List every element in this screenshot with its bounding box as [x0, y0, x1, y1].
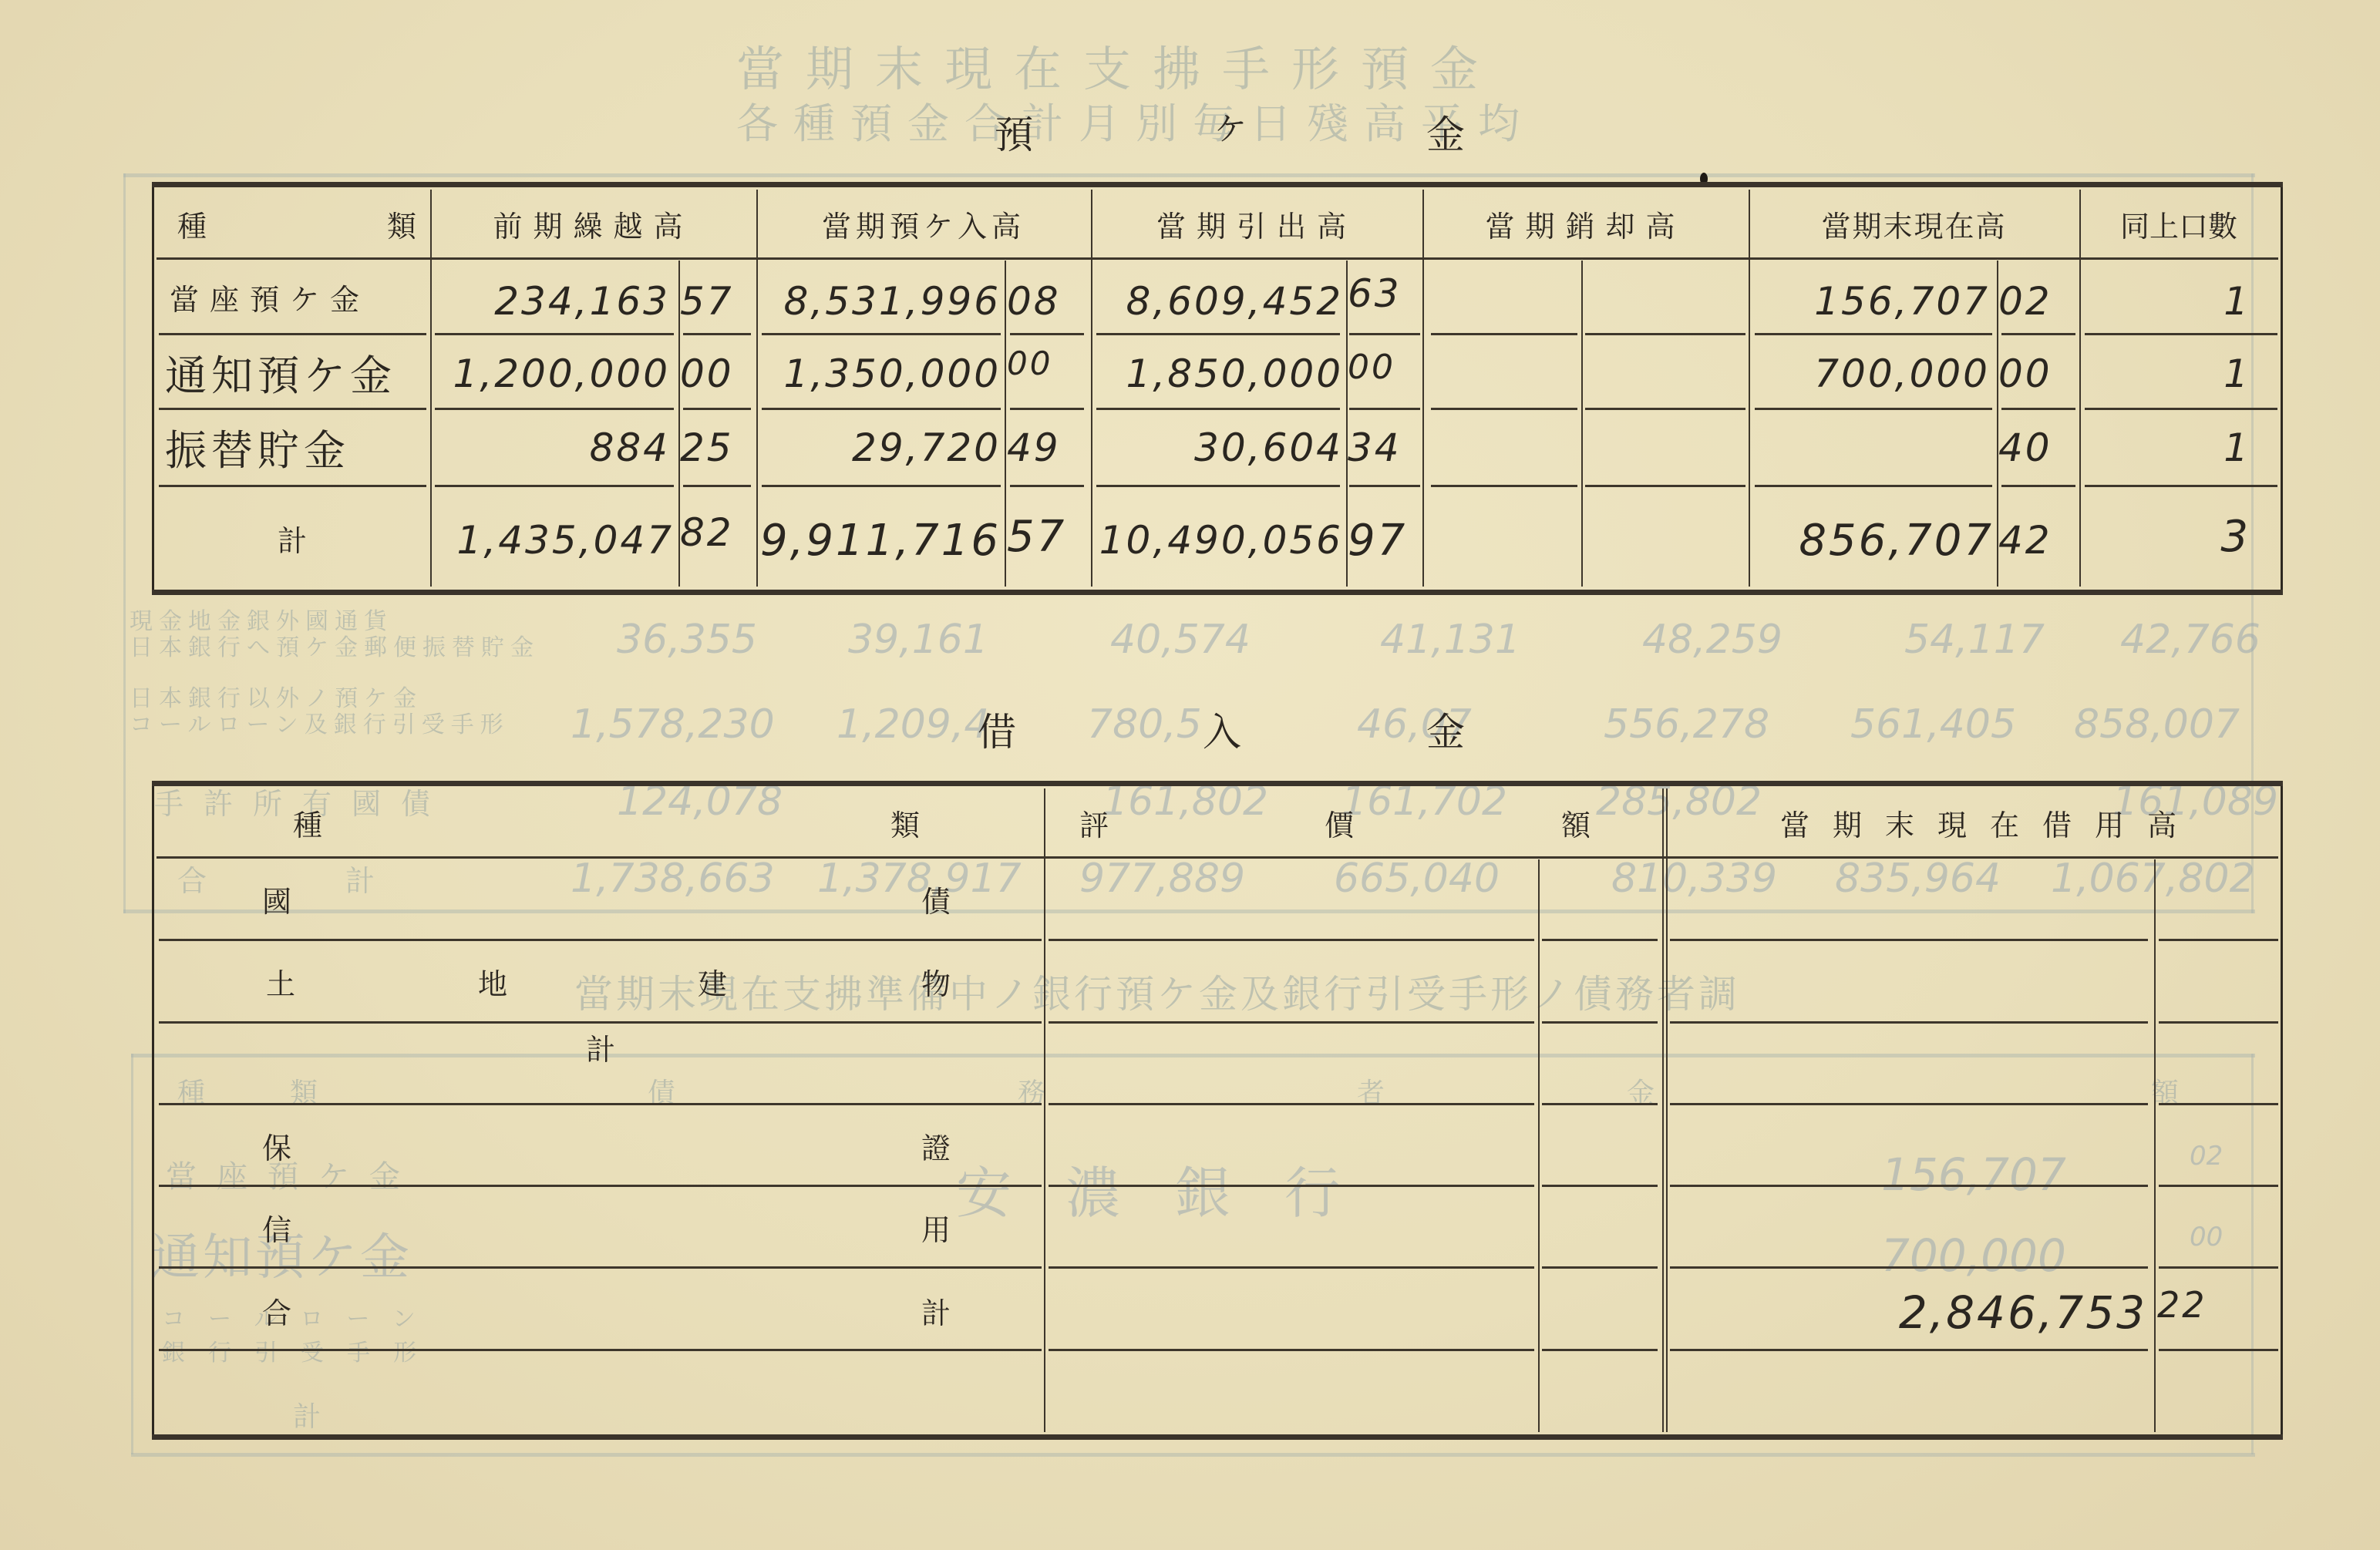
row-total-label: 計 — [278, 488, 307, 588]
cell-dep: 8,531,996 — [762, 267, 1001, 336]
deposits-title-char-2: ケ — [1214, 104, 1247, 150]
row-land-buildings-1: 土 — [266, 941, 295, 1021]
b-header-valuation-3: 額 — [1561, 788, 1591, 856]
cell-wd-cents: 34 — [1348, 413, 1419, 482]
cell-accounts: 1 — [2085, 267, 2250, 336]
header-withdrawn: 當期引出高 — [1091, 190, 1422, 257]
header-accounts: 同上口數 — [2079, 190, 2278, 257]
row-grand-total-right: 計 — [921, 1270, 951, 1351]
row-subtotal-label: 計 — [586, 1024, 615, 1070]
ghost-row-label-1: 現金地金銀外國通貨日本銀行へ預ケ金郵便振替貯金 — [130, 609, 540, 661]
cell-wd: 1,850,000 — [1096, 339, 1343, 409]
ghost-title-2: 各種預金合計月別毎日殘高平均 — [736, 91, 1535, 150]
cell-end-cents: 02 — [1998, 267, 2075, 336]
cell-wd: 8,609,452 — [1096, 267, 1343, 336]
header-type: 種 類 — [170, 190, 424, 257]
total-accounts: 3 — [2085, 494, 2250, 579]
cell-wd: 30,604 — [1096, 413, 1343, 482]
cell-accounts: 1 — [2085, 413, 2250, 482]
borrowings-table: 種 類 評 價 額 當期末現在借用高 國 債 土 地 建 物 計 保 證 信 用… — [152, 781, 2283, 1440]
cell-dep-cents: 49 — [1007, 413, 1081, 482]
b-header-end-borrowed: 當期末現在借用高 — [1670, 788, 2294, 856]
row-type-transfer-savings: 振替貯金 — [165, 411, 427, 483]
cell-wd-cents: 00 — [1348, 332, 1419, 402]
row-land-buildings-2: 地 — [478, 941, 507, 1021]
total-prev-cents: 82 — [680, 490, 751, 575]
row-land-buildings-4: 物 — [921, 941, 951, 1021]
cell-prev: 884 — [435, 413, 670, 482]
grand-total-borrowed: 2,846,753 — [1773, 1274, 2147, 1351]
row-land-buildings-3: 建 — [698, 941, 727, 1021]
row-grand-total-left: 合 — [262, 1270, 291, 1351]
b-header-type-2: 類 — [890, 788, 920, 856]
cell-wd-cents: 63 — [1348, 259, 1419, 328]
row-guarantee-right: 證 — [921, 1105, 951, 1185]
borrowings-title-char-3: 金 — [1426, 701, 1465, 757]
grand-total-borrowed-cents: 22 — [2157, 1266, 2242, 1343]
cell-dep-cents: 00 — [1007, 328, 1081, 398]
b-header-valuation-1: 評 — [1079, 788, 1109, 856]
row-type-current-deposit: 當座預ケ金 — [170, 261, 370, 333]
b-header-type-1: 種 — [293, 788, 322, 856]
deposits-title-char-3: 金 — [1426, 104, 1465, 160]
header-end-balance: 當期末現在高 — [1749, 190, 2079, 257]
row-credit-left: 信 — [262, 1187, 291, 1267]
total-prev: 1,435,047 — [435, 498, 674, 583]
cell-end: 700,000 — [1755, 339, 1990, 409]
cell-accounts: 1 — [2085, 339, 2250, 409]
cell-end: 156,707 — [1755, 267, 1990, 336]
row-govt-bonds-left: 國 — [262, 859, 291, 939]
header-written-off: 當期銷却高 — [1422, 190, 1749, 257]
deposits-title-char-1: 預 — [995, 104, 1033, 160]
total-wd: 10,490,056 — [1096, 498, 1343, 583]
total-end-cents: 42 — [1998, 498, 2075, 583]
header-prev-balance: 前期繰越高 — [430, 190, 756, 257]
total-dep-cents: 57 — [1007, 494, 1081, 579]
total-wd-cents: 97 — [1348, 498, 1419, 583]
row-govt-bonds-right: 債 — [921, 859, 951, 939]
ghost-row-label-2: 日本銀行以外ノ預ケ金コールローン及銀行引受手形 — [130, 686, 510, 738]
cell-end-cents: 00 — [1998, 339, 2075, 409]
cell-dep: 1,350,000 — [762, 339, 1001, 409]
cell-prev: 234,163 — [435, 267, 670, 336]
row-guarantee-left: 保 — [262, 1105, 291, 1185]
cell-dep-cents: 08 — [1007, 267, 1081, 336]
cell-prev-cents: 25 — [680, 413, 751, 482]
cell-end-cents: 40 — [1998, 413, 2075, 482]
cell-prev-cents: 00 — [680, 339, 751, 409]
row-type-notice-deposit: 通知預ケ金 — [165, 336, 427, 409]
row-credit-right: 用 — [921, 1187, 951, 1267]
header-deposited: 當期預ケ入高 — [756, 190, 1091, 257]
borrowings-title-char-2: 入 — [1203, 701, 1241, 757]
cell-prev: 1,200,000 — [435, 339, 670, 409]
total-end: 856,707 — [1755, 498, 1994, 583]
b-header-valuation-2: 價 — [1325, 788, 1354, 856]
ghost-title-1: 當期末現在支拂手形預金 — [736, 31, 1500, 99]
cell-prev-cents: 57 — [680, 267, 749, 336]
cell-dep: 29,720 — [762, 413, 1001, 482]
deposits-table: 種 類 前期繰越高 當期預ケ入高 當期引出高 當期銷却高 當期末現在高 同上口數… — [152, 182, 2283, 595]
borrowings-title-char-1: 借 — [978, 701, 1016, 757]
total-dep: 9,911,716 — [762, 498, 1001, 583]
